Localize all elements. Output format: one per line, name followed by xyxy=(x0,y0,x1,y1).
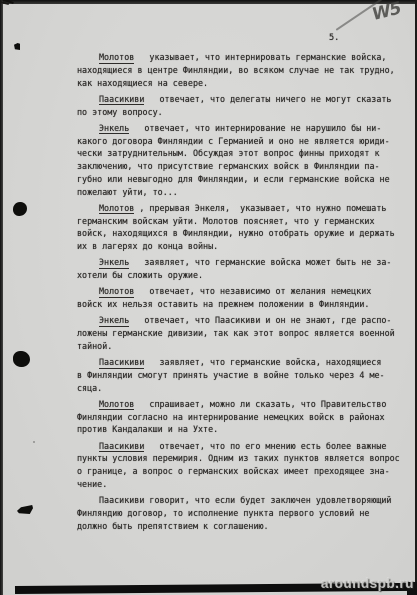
speaker-name: Паасикиви xyxy=(99,495,144,505)
text-line: пожелают уйти, то... xyxy=(77,186,413,199)
text-line: сяца. xyxy=(77,382,413,395)
text-line: чески затруднительным. Обсуждая этот воп… xyxy=(77,147,413,160)
text-line: хотели бы сложить оружие. xyxy=(77,269,413,282)
text-line: Финляндию договор, то исполнение пункта … xyxy=(77,507,413,520)
text-line: против Кандалакши и на Ухте. xyxy=(77,423,413,436)
ink-flag-mark xyxy=(17,505,33,514)
text-line: германским войскам уйти. Молотов поясняе… xyxy=(77,215,413,228)
speaker-name: Паасикиви xyxy=(99,441,144,453)
paragraph: Паасикиви говорит, что если будет заключ… xyxy=(77,494,413,532)
watermark: aroundspb.ru xyxy=(321,576,414,591)
text-line: Энкель отвечает, что интернирование не н… xyxy=(77,122,413,135)
text-line: находящиеся в центре Финляндии, во всяко… xyxy=(77,64,413,77)
paragraph: Паасикиви отвечает, что по его мнению ес… xyxy=(77,440,413,491)
document-text: Молотов указывает, что интернировать гер… xyxy=(77,51,413,536)
paragraph: Молотов , прерывая Энкеля, указывает, чт… xyxy=(77,202,413,253)
text-line: Энкель отвечает, что Паасикиви и он не з… xyxy=(77,314,413,327)
scan-edge-left xyxy=(0,0,3,595)
page-number: 5. xyxy=(329,33,339,43)
handwritten-note: W5 xyxy=(370,0,410,33)
hole-punch-dot xyxy=(13,202,27,216)
text-line: войск их нельзя оставить на прежнем поло… xyxy=(77,298,413,311)
speaker-name: Энкель xyxy=(99,315,129,327)
paragraph: Молотов указывает, что интернировать гер… xyxy=(77,51,413,89)
text-line: пункты условия перемирия. Одним из таких… xyxy=(77,452,413,465)
speaker-name: Энкель xyxy=(99,123,129,135)
paragraph: Энкель отвечает, что Паасикиви и он не з… xyxy=(77,314,413,352)
text-line: войск, находящихся в Финляндии, нужно от… xyxy=(77,227,413,240)
text-line: должно быть препятствием к соглашению. xyxy=(77,520,413,533)
paragraph: Молотов спрашивает, можно ли сказать, чт… xyxy=(77,398,413,436)
text-line: Энкель заявляет, что германские войска м… xyxy=(77,256,413,269)
text-line: заключению, что присутствие германских в… xyxy=(77,160,413,173)
text-line: тайной. xyxy=(77,340,413,353)
text-line: Молотов отвечает, что независимо от жела… xyxy=(77,285,413,298)
ink-blot-mark xyxy=(13,351,30,367)
scanned-page: W5 5. Молотов указывает, что интернирова… xyxy=(0,0,417,595)
paragraph: Паасикиви заявляет, что германские войск… xyxy=(77,356,413,394)
text-line: Паасикиви отвечает, что делегаты ничего … xyxy=(77,93,413,106)
text-line: Молотов указывает, что интернировать гер… xyxy=(77,51,413,64)
speaker-name: Молотов xyxy=(99,52,134,64)
speaker-name: Молотов xyxy=(99,203,134,215)
text-line: по этому вопросу. xyxy=(77,106,413,119)
speaker-name: Молотов xyxy=(99,399,134,411)
text-line: Молотов , прерывая Энкеля, указывает, чт… xyxy=(77,202,413,215)
text-line: о границе, а вопрос о германских войсках… xyxy=(77,465,413,478)
text-line: Финляндии согласно на интернирование нем… xyxy=(77,411,413,424)
paragraph: Энкель заявляет, что германские войска м… xyxy=(77,256,413,282)
text-line: чение. xyxy=(77,478,413,491)
text-line: Молотов спрашивает, можно ли сказать, чт… xyxy=(77,398,413,411)
paper-speck xyxy=(33,441,35,443)
speaker-name: Паасикиви xyxy=(99,357,144,369)
text-line: Паасикиви говорит, что если будет заключ… xyxy=(77,494,413,507)
text-line: как находящиеся на севере. xyxy=(77,77,413,90)
speaker-name: Молотов xyxy=(99,286,134,298)
text-line: ложены германские дивизии, так как этот … xyxy=(77,327,413,340)
speaker-name: Паасикиви xyxy=(99,94,144,106)
text-line: в Финляндии смогут принять участие в вой… xyxy=(77,369,413,382)
scan-edge-top xyxy=(0,0,417,4)
paragraph: Паасикиви отвечает, что делегаты ничего … xyxy=(77,93,413,119)
paragraph: Энкель отвечает, что интернирование не н… xyxy=(77,122,413,199)
text-line: их в лагерях до конца войны. xyxy=(77,240,413,253)
text-line: губно или невыгодно для Финляндии, и есл… xyxy=(77,173,413,186)
text-line: Паасикиви заявляет, что германские войск… xyxy=(77,356,413,369)
speaker-name: Энкель xyxy=(99,257,129,269)
paragraph: Молотов отвечает, что независимо от жела… xyxy=(77,285,413,311)
text-line: Паасикиви отвечает, что по его мнению ес… xyxy=(77,440,413,453)
text-line: какого договора Финляндии с Германией и … xyxy=(77,135,413,148)
ink-square-mark xyxy=(14,43,20,50)
